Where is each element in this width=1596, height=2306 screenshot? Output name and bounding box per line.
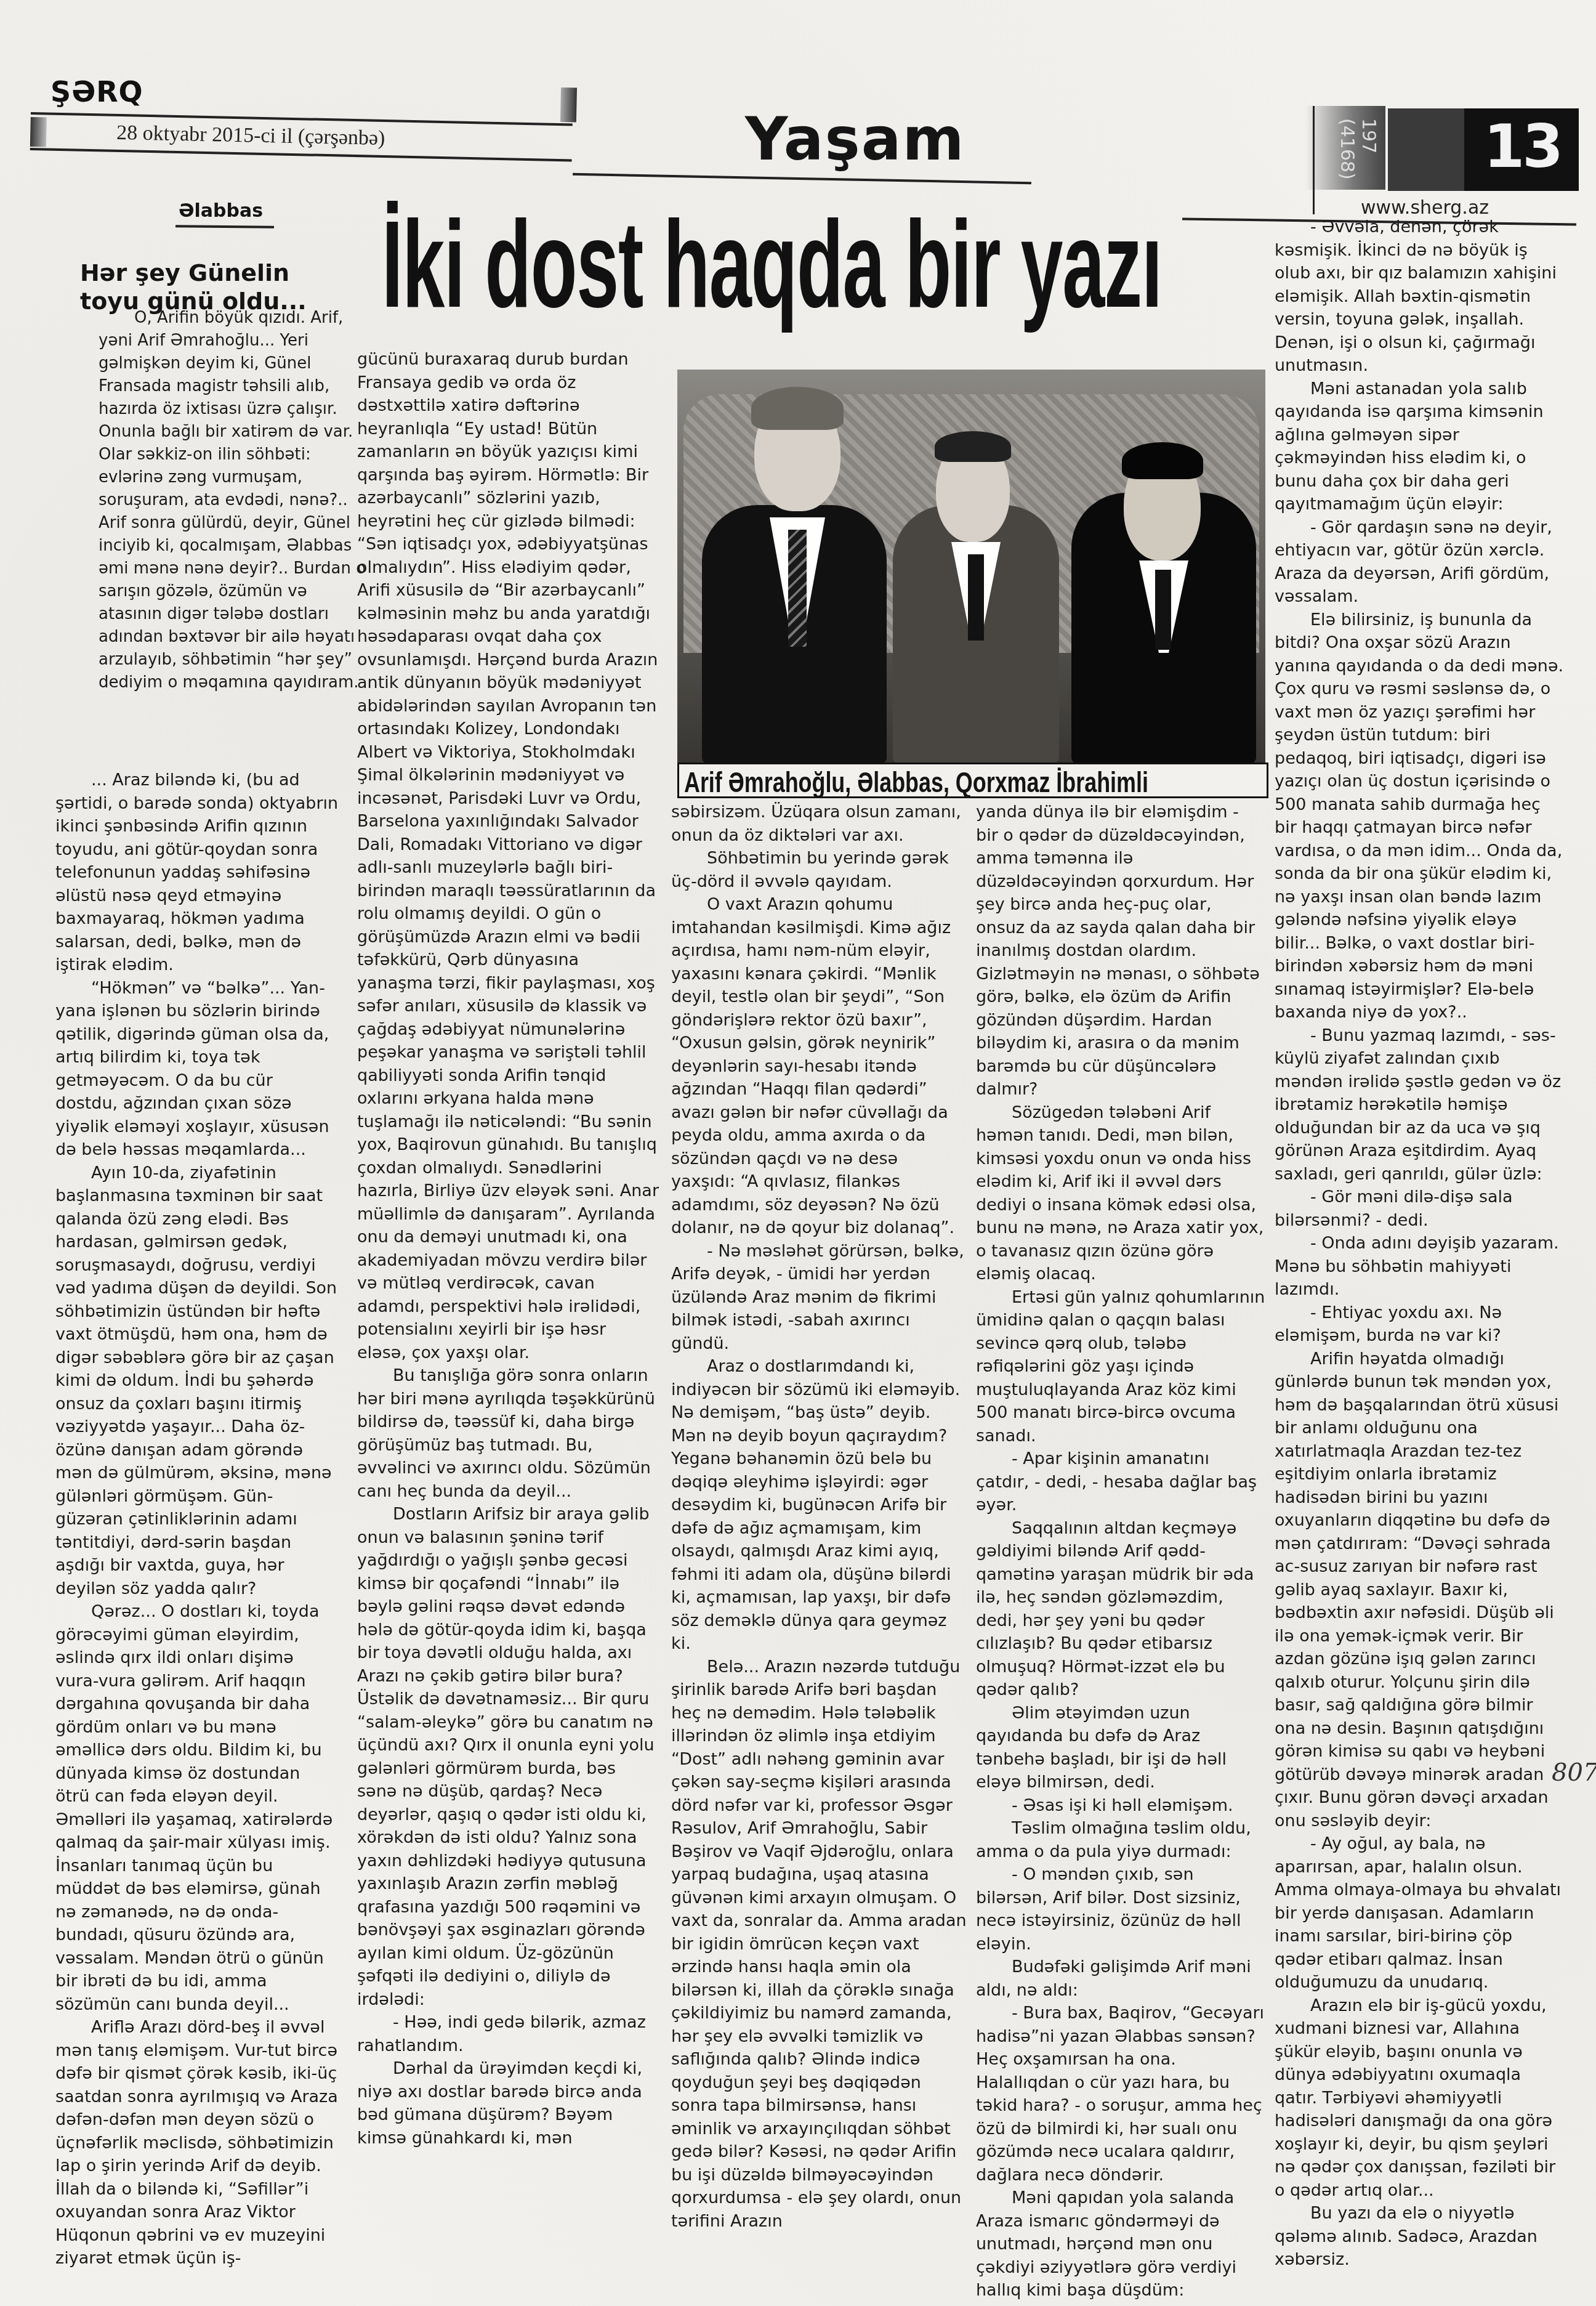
paragraph: Ariflə Arazı dörd-beş il əvvəl mən tanış… bbox=[55, 2016, 339, 2270]
paragraph: Saqqalının altdan keçməyə gəldiyimi bilə… bbox=[976, 1517, 1265, 1702]
paragraph: O vaxt Arazın qohumu imtahandan kəsilmiş… bbox=[671, 893, 967, 1240]
paragraph: Arifin həyatda olmadığı günlərdə bunun t… bbox=[1275, 1348, 1564, 1833]
paragraph: - Nə məsləhət görürsən, bəlkə, Arifə dey… bbox=[671, 1240, 967, 1356]
newspaper-page: ŞƏRQ 28 oktyabr 2015-ci il (çərşənbə) Ya… bbox=[0, 0, 1596, 2306]
paragraph: ... Araz biləndə ki, (bu ad şərtidi, o b… bbox=[55, 769, 339, 977]
paragraph: Ayın 10-da, ziyafətinin başlanmasına təx… bbox=[55, 1162, 339, 1601]
paragraph: - Gör məni dilə-dişə sala bilərsənmi? - … bbox=[1275, 1186, 1564, 1232]
page-number: 13 bbox=[1483, 112, 1561, 181]
issue-number: 197 (4168) bbox=[1336, 118, 1379, 192]
paragraph: Arazın elə bir iş-gücü yoxdu, xudmani bi… bbox=[1275, 1994, 1564, 2203]
paragraph: gücünü buraxaraq durub burdan Fransaya g… bbox=[357, 348, 659, 1364]
paragraph: - Ay oğul, ay bala, nə aparırsan, apar, … bbox=[1275, 1832, 1564, 1994]
paragraph: yanda dünya ilə bir eləmişdim - bir o qə… bbox=[976, 801, 1265, 1101]
paragraph: Məni astanadan yola salıb qayıdanda isə … bbox=[1275, 378, 1564, 516]
paragraph: Belə... Arazın nəzərdə tutduğu şirinlik … bbox=[671, 1656, 967, 2233]
paragraph: - Apar kişinin amanatını çatdır, - dedi,… bbox=[976, 1447, 1265, 1517]
band-shade-right bbox=[560, 87, 577, 123]
issue-divider bbox=[1313, 106, 1315, 214]
newspaper-logo: ŞƏRQ bbox=[50, 75, 143, 108]
paragraph: - Bunu yazmaq lazımdı, - səs-küylü ziyaf… bbox=[1275, 1024, 1564, 1186]
photo-caption-box: Arif Əmrahoğlu, Əlabbas, Qorxmaz İbrahim… bbox=[677, 763, 1268, 798]
person-right bbox=[1071, 370, 1256, 764]
paragraph: Söhbətimin bu yerində gərək üç-dörd il ə… bbox=[671, 847, 967, 893]
section-rule bbox=[573, 173, 1031, 184]
article-headline: İki dost haqda bir yazı bbox=[382, 206, 1162, 323]
paragraph: - Bura bax, Baqirov, “Gecəyarı hadisə”ni… bbox=[976, 2002, 1265, 2187]
paragraph: - Həə, indi gedə bilərik, azmaz rahatlan… bbox=[357, 2011, 659, 2057]
paragraph: Əlim ətəyimdən uzun qayıdanda bu dəfə də… bbox=[976, 1702, 1265, 1794]
article-author: Əlabbas bbox=[179, 200, 263, 222]
paragraph: Məni qapıdan yola salanda Araza ismarıc … bbox=[976, 2187, 1265, 2302]
intro-column: O, Arifin böyük qızıdı. Arif, yəni Arif … bbox=[99, 307, 369, 694]
paragraph: Təslim olmağına təslim oldu, amma o da p… bbox=[976, 1817, 1265, 1863]
person-left bbox=[702, 370, 887, 764]
author-rule bbox=[175, 225, 274, 229]
text-column-4: yanda dünya ilə bir eləmişdim - bir o qə… bbox=[976, 801, 1265, 2302]
paragraph: Ertəsi gün yalnız qohumlarının ümidinə q… bbox=[976, 1286, 1265, 1448]
paragraph: - Onda adını dəyişib yazaram. Mənə bu sö… bbox=[1275, 1232, 1564, 1301]
photo-caption: Arif Əmrahoğlu, Əlabbas, Qorxmaz İbrahim… bbox=[684, 767, 1148, 798]
paragraph: Araz o dostlarımdandı ki, indiyəcən bir … bbox=[671, 1355, 967, 1656]
text-column-2: gücünü buraxaraq durub burdan Fransaya g… bbox=[357, 348, 659, 2150]
band-shade-left bbox=[30, 117, 47, 147]
person-middle bbox=[893, 370, 1059, 764]
text-column-5: - Əvvəla, denən, çörək kəsmişik. İkinci … bbox=[1275, 216, 1564, 2272]
text-column-3: səbirsizəm. Üzüqara olsun zamanı, onun d… bbox=[671, 801, 967, 2233]
paragraph: - Əvvəla, denən, çörək kəsmişik. İkinci … bbox=[1275, 216, 1564, 378]
paragraph: Sözügedən tələbəni Arif həmən tanıdı. De… bbox=[976, 1101, 1265, 1286]
paragraph: Dostların Arifsiz bir araya gəlib onun v… bbox=[357, 1503, 659, 2011]
paragraph: Elə bilirsiniz, iş bununla da bitdi? Ona… bbox=[1275, 609, 1564, 1024]
paragraph: Budəfəki gəlişimdə Arif məni aldı, nə al… bbox=[976, 1956, 1265, 2002]
issue-date: 28 oktyabr 2015-ci il (çərşənbə) bbox=[116, 121, 385, 150]
paragraph: Bu yazı da elə o niyyətlə qələmə alınıb.… bbox=[1275, 2202, 1564, 2272]
paragraph: səbirsizəm. Üzüqara olsun zamanı, onun d… bbox=[671, 801, 967, 847]
article-photo bbox=[677, 370, 1265, 764]
paragraph: - O məndən çıxıb, sən bilərsən, Arif bil… bbox=[976, 1863, 1265, 1956]
section-title: Yaşam bbox=[745, 105, 965, 174]
text-column-1: ... Araz biləndə ki, (bu ad şərtidi, o b… bbox=[55, 769, 339, 2270]
paragraph: Bu tanışlığa görə sonra onların hər biri… bbox=[357, 1364, 659, 1503]
paragraph: - Əsas işi ki həll eləmişəm. bbox=[976, 1794, 1265, 1818]
paragraph: “Hökmən” və “bəlkə”... Yan-yana işlənən … bbox=[55, 977, 339, 1162]
date-band: 28 oktyabr 2015-ci il (çərşənbə) bbox=[30, 112, 573, 161]
issue-box: 197 (4168) 13 bbox=[1305, 106, 1579, 192]
paragraph: - Ehtiyac yoxdu axı. Nə eləmişəm, burda … bbox=[1275, 1301, 1564, 1348]
paragraph: O, Arifin böyük qızıdı. Arif, yəni Arif … bbox=[99, 307, 369, 694]
paragraph: Dərhal da ürəyimdən keçdi ki, niyə axı d… bbox=[357, 2057, 659, 2150]
paragraph: Qərəz... O dostları ki, toyda görəcəyimi… bbox=[55, 1600, 339, 2016]
handwritten-annotation: 807 bbox=[1552, 1758, 1596, 1787]
paragraph: - Gör qardaşın sənə nə deyir, ehtiyacın … bbox=[1275, 516, 1564, 609]
